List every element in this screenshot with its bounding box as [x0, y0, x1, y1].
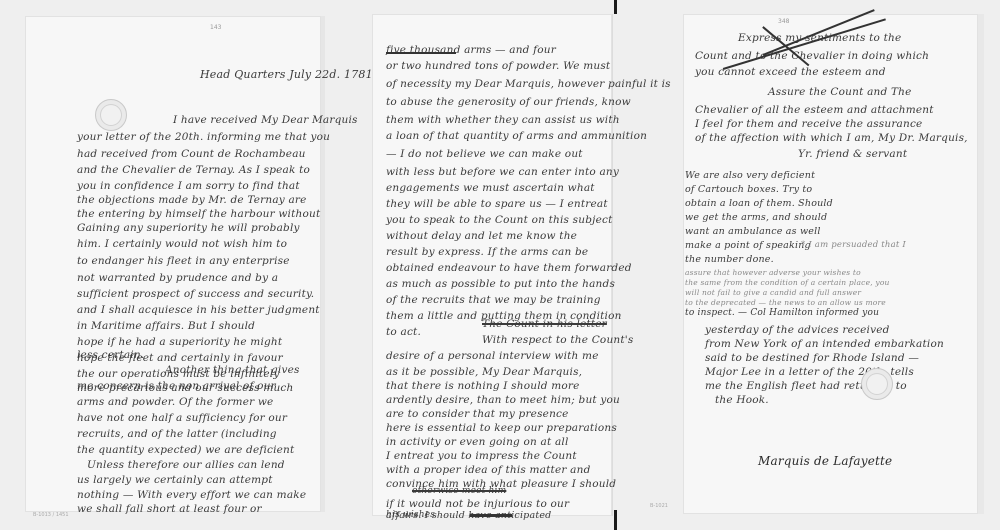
postscript-line: to inspect. — Col Hamilton informed you — [685, 308, 879, 318]
letter-line: have not one half a sufficiency for our — [77, 412, 287, 424]
postscript-line: want an ambulance as well — [685, 226, 821, 237]
letter-line: of the affection with which I am, My Dr.… — [695, 132, 968, 144]
manuscript-page-left: 143 Head Quarters July 22d. 1781 I have … — [25, 16, 325, 512]
manuscript-page-middle: five thousand arms — and four or two hun… — [372, 14, 613, 516]
postscript-line: yesterday of the advices received — [705, 324, 890, 336]
letter-line: not warranted by prudence and by a — [77, 272, 278, 284]
binder-mark-bottom — [614, 510, 617, 530]
letter-line-less-certain: less certain. — [77, 349, 144, 361]
postscript-line: said to be destined for Rhode Island — — [705, 352, 919, 364]
letter-line: the quantity expected) we are deficient — [77, 444, 294, 456]
underline-mark — [470, 514, 512, 517]
letter-line: here is essential to keep our preparatio… — [386, 422, 617, 434]
letter-line: are to consider that my presence — [386, 408, 569, 420]
postscript-line: obtain a loan of them. Should — [685, 198, 833, 209]
marginal-note: the same from the condition of a certain… — [685, 278, 890, 287]
letter-line: Chevalier of all the esteem and attachme… — [695, 104, 934, 116]
letter-line: I entreat you to impress the Count — [386, 450, 577, 462]
letter-line: we shall fall short at least four or — [77, 503, 262, 515]
strikethrough-mark — [386, 52, 456, 54]
letter-line: Gaining any superiority he will probably — [77, 222, 300, 234]
letter-line: sufficient prospect of success and secur… — [77, 288, 314, 300]
letter-line: to act. — [386, 326, 421, 338]
struck-line: otherwise meet him — [412, 486, 506, 496]
postscript-line: make a point of speaking — [685, 240, 811, 251]
letter-line: us largely we certainly can attempt — [77, 474, 273, 486]
letter-line: and the Chevalier de Ternay. As I speak … — [77, 164, 310, 176]
letter-line: me concern is the non arrival of our — [77, 380, 276, 392]
letter-line: that there is nothing I should more — [386, 380, 580, 392]
binder-mark-top — [614, 0, 617, 14]
letter-line: them with whether they can assist us wit… — [386, 114, 620, 126]
letter-line: with less but before we can enter into a… — [386, 166, 619, 178]
postscript-line: We are also very deficient — [685, 170, 815, 181]
letter-line: in activity or even going on at all — [386, 436, 569, 448]
archive-seal-stamp — [95, 99, 127, 131]
letter-line: without delay and let me know the — [386, 230, 577, 242]
letter-line: as it be possible, My Dear Marquis, — [386, 366, 582, 378]
letter-line: if it would not be injurious to our — [386, 498, 569, 510]
letter-line: I have received My Dear Marquis — [173, 114, 358, 126]
letter-line: the objections made by Mr. de Ternay are — [77, 194, 307, 206]
recipient-address: Marquis de Lafayette — [758, 454, 892, 468]
letter-line: as much as possible to put into the hand… — [386, 278, 615, 290]
letter-line: had received from Count de Rochambeau — [77, 148, 306, 160]
archive-seal-stamp — [861, 368, 893, 400]
letter-line: hope if he had a superiority he might — [77, 336, 282, 348]
letter-line: Another thing that gives — [165, 364, 300, 376]
manuscript-page-right: 348 Express my sentiments to the Count a… — [683, 14, 984, 514]
letter-line: you to speak to the Count on this subjec… — [386, 214, 613, 226]
postscript-line: the number done. — [685, 254, 774, 265]
struck-line: The Count in his letter — [482, 318, 607, 330]
letter-line: and I shall acquiesce in his better judg… — [77, 304, 320, 316]
letter-line: Count and to the Chevalier in doing whic… — [695, 50, 929, 62]
letter-line: of necessity my Dear Marquis, however pa… — [386, 78, 671, 90]
letter-line: result by express. If the arms can be — [386, 246, 588, 258]
letter-line: engagements we must ascertain what — [386, 182, 595, 194]
letter-line: obtained endeavour to have them forwarde… — [386, 262, 632, 274]
letter-line: With respect to the Count's — [482, 334, 633, 346]
page-number: 348 — [778, 18, 789, 25]
marginal-note: will not fail to give a candid and full … — [685, 288, 861, 297]
letter-line: the entering by himself the harbour with… — [77, 208, 320, 220]
letter-line: I feel for them and receive the assuranc… — [695, 118, 922, 130]
letter-line: recruits, and of the latter (including — [77, 428, 277, 440]
archival-note: B-1013 / 1451 — [33, 512, 69, 518]
letter-line: to endanger his fleet in any enterprise — [77, 255, 290, 267]
letter-line: Assure the Count and The — [768, 86, 912, 98]
letter-line: Unless therefore our allies can lend — [87, 459, 285, 471]
archival-note: B-1021 — [650, 503, 668, 509]
letter-line: in Maritime affairs. But I should — [77, 320, 255, 332]
postscript-line: we get the arms, and should — [685, 212, 827, 223]
letter-line: to abuse the generosity of our friends, … — [386, 96, 631, 108]
letter-line: or two hundred tons of powder. We must — [386, 60, 610, 72]
marginal-note: to the deprecated — the news to an allow… — [685, 298, 886, 307]
letter-line: desire of a personal interview with me — [386, 350, 599, 362]
letter-line: ardently desire, than to meet him; but y… — [386, 394, 620, 406]
letter-line: with a proper idea of this matter and — [386, 464, 591, 476]
letter-dateline: Head Quarters July 22d. 1781 — [200, 68, 373, 81]
postscript-line: from New York of an intended embarkation — [705, 338, 944, 350]
letter-line-his-wishes: his wishes — [386, 510, 435, 520]
marginal-note: assure that however adverse your wishes … — [685, 268, 861, 277]
letter-line: — I do not believe we can make out — [386, 148, 583, 160]
letter-line: you in confidence I am sorry to find tha… — [77, 180, 300, 192]
letter-line: they will be able to spare us — I entrea… — [386, 198, 608, 210]
marginal-note: * I am persuaded that I — [801, 240, 906, 250]
postscript-line: of Cartouch boxes. Try to — [685, 184, 812, 195]
page-number: 143 — [210, 24, 221, 31]
letter-line: of the recruits that we may be training — [386, 294, 601, 306]
letter-line: nothing — With every effort we can make — [77, 489, 306, 501]
letter-closing: Yr. friend & servant — [798, 148, 907, 160]
postscript-line: the Hook. — [715, 394, 769, 406]
letter-line: arms and powder. Of the former we — [77, 396, 273, 408]
letter-line: your letter of the 20th. informing me th… — [77, 131, 330, 143]
letter-line: a loan of that quantity of arms and ammu… — [386, 130, 647, 142]
letter-line: him. I certainly would not wish him to — [77, 238, 287, 250]
letter-line: five thousand arms — and four — [386, 44, 556, 56]
